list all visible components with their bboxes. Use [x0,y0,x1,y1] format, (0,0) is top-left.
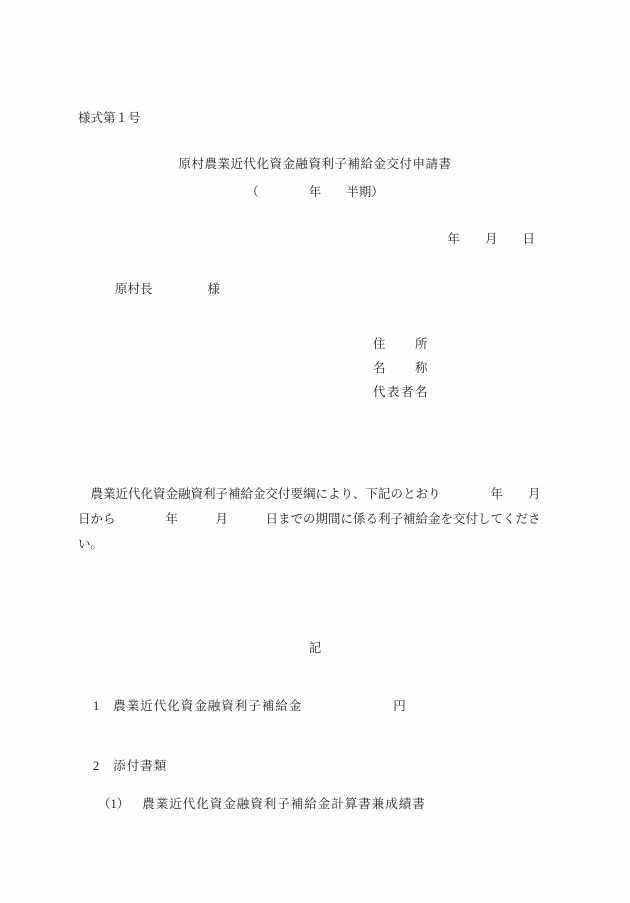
addressee-row: 原村長様 [115,280,552,298]
body-line-2: 日から 年 月 日までの期間に係る利子補給金を交付してください。 [78,507,552,557]
applicant-name-label: 名 称 [373,356,552,380]
item-number: 2 [93,759,99,773]
item-attachments: 2添付書類 [78,757,552,775]
item-label: 農業近代化資金融資利子補給金 [113,699,302,713]
honorific-label: 様 [208,282,221,296]
form-number: 様式第１号 [78,109,552,127]
date-line: 年 月 日 [78,230,552,248]
document-subtitle: （ 年 半期） [78,183,552,201]
applicant-address-label: 住 所 [373,332,552,356]
body-paragraph: 農業近代化資金融資利子補給金交付要綱により、下記のとおり 年 月 日から 年 月… [78,482,552,557]
amount-unit-label: 円 [393,699,406,713]
applicant-representative-label: 代表者名 [373,380,552,404]
addressee: 原村長 [115,282,153,296]
item-number: 1 [93,699,99,713]
attachment-number: （1） [98,797,129,811]
application-form-page: 様式第１号 原村農業近代化資金融資利子補給金交付申請書 （ 年 半期） 年 月 … [0,0,630,903]
applicant-block: 住 所 名 称 代表者名 [373,332,552,404]
attachment-label: 農業近代化資金融資利子補給金計算書兼成績書 [142,797,426,811]
item-label: 添付書類 [113,759,167,773]
body-line-1: 農業近代化資金融資利子補給金交付要綱により、下記のとおり 年 月 [78,482,552,507]
section-marker: 記 [78,639,552,657]
document-title: 原村農業近代化資金融資利子補給金交付申請書 [78,155,552,173]
item-subsidy-amount: 1農業近代化資金融資利子補給金円 [78,697,552,715]
attachment-item: （1）農業近代化資金融資利子補給金計算書兼成績書 [98,795,552,813]
